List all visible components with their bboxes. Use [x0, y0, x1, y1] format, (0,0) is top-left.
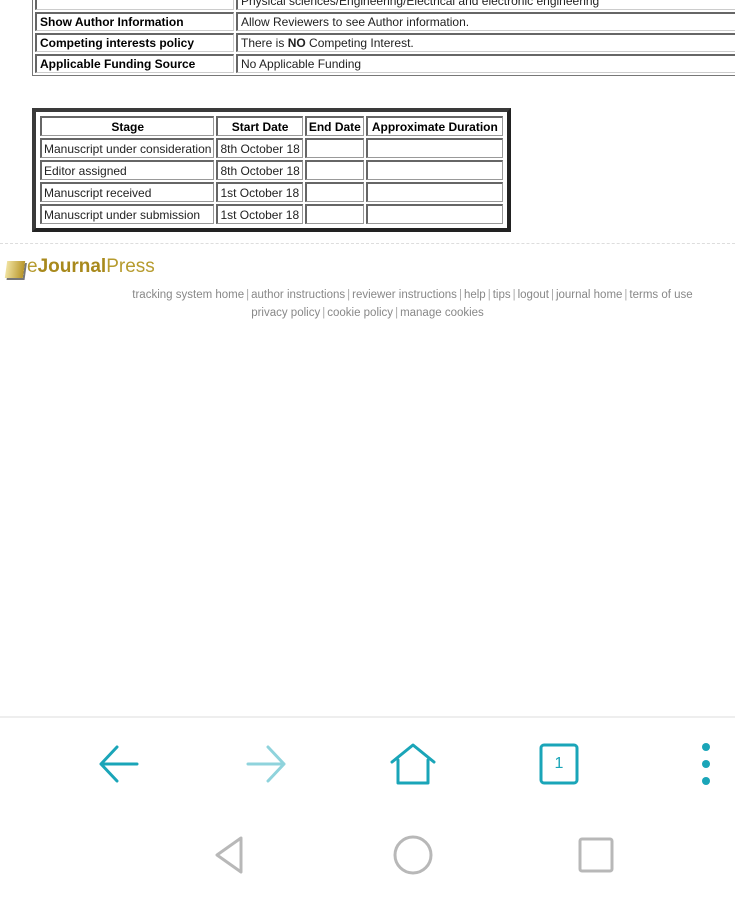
info-label: Applicable Funding Source [35, 54, 234, 73]
link-reviewer-instructions[interactable]: reviewer instructions [352, 289, 457, 301]
recents-square-icon [577, 836, 615, 874]
table-row: Physical sciences/Engineering/Electrical… [35, 0, 735, 10]
stage-cell: Manuscript received [40, 182, 214, 202]
home-circle-icon [392, 834, 434, 876]
value-prefix: There is [241, 36, 288, 50]
column-header: Start Date [216, 116, 302, 136]
info-value: No Applicable Funding [236, 54, 735, 73]
forward-arrow-icon [244, 744, 288, 784]
more-vert-icon [700, 742, 712, 786]
link-tracking-system-home[interactable]: tracking system home [132, 289, 244, 301]
stage-table: Stage Start Date End Date Approximate Du… [38, 114, 505, 226]
table-row: Manuscript under consideration 8th Octob… [40, 138, 503, 158]
footer-links-row-1: tracking system home|author instructions… [0, 286, 735, 304]
ejournalpress-logo[interactable]: eJournalPress [6, 256, 155, 278]
table-row: Show Author Information Allow Reviewers … [35, 12, 735, 31]
footer-divider [0, 243, 735, 244]
tab-count: 1 [555, 755, 564, 773]
home-button[interactable] [389, 740, 437, 788]
value-emphasis: NO [288, 36, 306, 50]
column-header: Stage [40, 116, 214, 136]
table-row: Competing interests policy There is NO C… [35, 33, 735, 52]
end-date-cell [305, 182, 364, 202]
link-logout[interactable]: logout [518, 289, 549, 301]
back-button[interactable] [95, 740, 143, 788]
browser-toolbar: 1 [0, 716, 735, 812]
tabs-button[interactable]: 1 [535, 740, 583, 788]
start-date-cell: 8th October 18 [216, 160, 302, 180]
stage-table-frame: Stage Start Date End Date Approximate Du… [32, 108, 511, 232]
start-date-cell: 1st October 18 [216, 204, 302, 224]
stage-cell: Editor assigned [40, 160, 214, 180]
stage-cell: Manuscript under consideration [40, 138, 214, 158]
end-date-cell [305, 138, 364, 158]
system-back-button[interactable] [206, 832, 252, 878]
link-cookie-policy[interactable]: cookie policy [327, 307, 393, 319]
link-tips[interactable]: tips [493, 289, 511, 301]
info-value: Allow Reviewers to see Author informatio… [236, 12, 735, 31]
link-author-instructions[interactable]: author instructions [251, 289, 345, 301]
info-value: There is NO Competing Interest. [236, 33, 735, 52]
web-page: Physical sciences/Engineering/Electrical… [0, 0, 735, 716]
duration-cell [366, 160, 503, 180]
footer-links-row-2: privacy policy|cookie policy|manage cook… [0, 304, 735, 322]
duration-cell [366, 138, 503, 158]
link-manage-cookies[interactable]: manage cookies [400, 307, 484, 319]
info-label [35, 0, 234, 10]
end-date-cell [305, 160, 364, 180]
duration-cell [366, 182, 503, 202]
manuscript-info-table: Physical sciences/Engineering/Electrical… [32, 0, 735, 76]
table-row: Applicable Funding Source No Applicable … [35, 54, 735, 73]
column-header: End Date [305, 116, 364, 136]
value-suffix: Competing Interest. [306, 36, 414, 50]
logo-mark-icon [5, 261, 25, 278]
duration-cell [366, 204, 503, 224]
system-home-button[interactable] [390, 832, 436, 878]
stage-cell: Manuscript under submission [40, 204, 214, 224]
table-row: Manuscript received 1st October 18 [40, 182, 503, 202]
back-triangle-icon [211, 835, 247, 875]
more-options-button[interactable] [682, 740, 730, 788]
link-help[interactable]: help [464, 289, 486, 301]
table-row: Editor assigned 8th October 18 [40, 160, 503, 180]
table-row: Manuscript under submission 1st October … [40, 204, 503, 224]
back-arrow-icon [97, 744, 141, 784]
link-journal-home[interactable]: journal home [556, 289, 622, 301]
end-date-cell [305, 204, 364, 224]
link-terms-of-use[interactable]: terms of use [629, 289, 692, 301]
home-icon [389, 742, 437, 786]
system-recents-button[interactable] [573, 832, 619, 878]
info-label: Competing interests policy [35, 33, 234, 52]
system-navigation-bar [0, 810, 735, 900]
start-date-cell: 1st October 18 [216, 182, 302, 202]
forward-button[interactable] [242, 740, 290, 788]
link-privacy-policy[interactable]: privacy policy [251, 307, 320, 319]
footer-links: tracking system home|author instructions… [0, 286, 735, 322]
info-label: Show Author Information [35, 12, 234, 31]
column-header: Approximate Duration [366, 116, 503, 136]
info-value: Physical sciences/Engineering/Electrical… [236, 0, 735, 10]
table-header-row: Stage Start Date End Date Approximate Du… [40, 116, 503, 136]
logo-text: eJournalPress [27, 256, 155, 278]
start-date-cell: 8th October 18 [216, 138, 302, 158]
